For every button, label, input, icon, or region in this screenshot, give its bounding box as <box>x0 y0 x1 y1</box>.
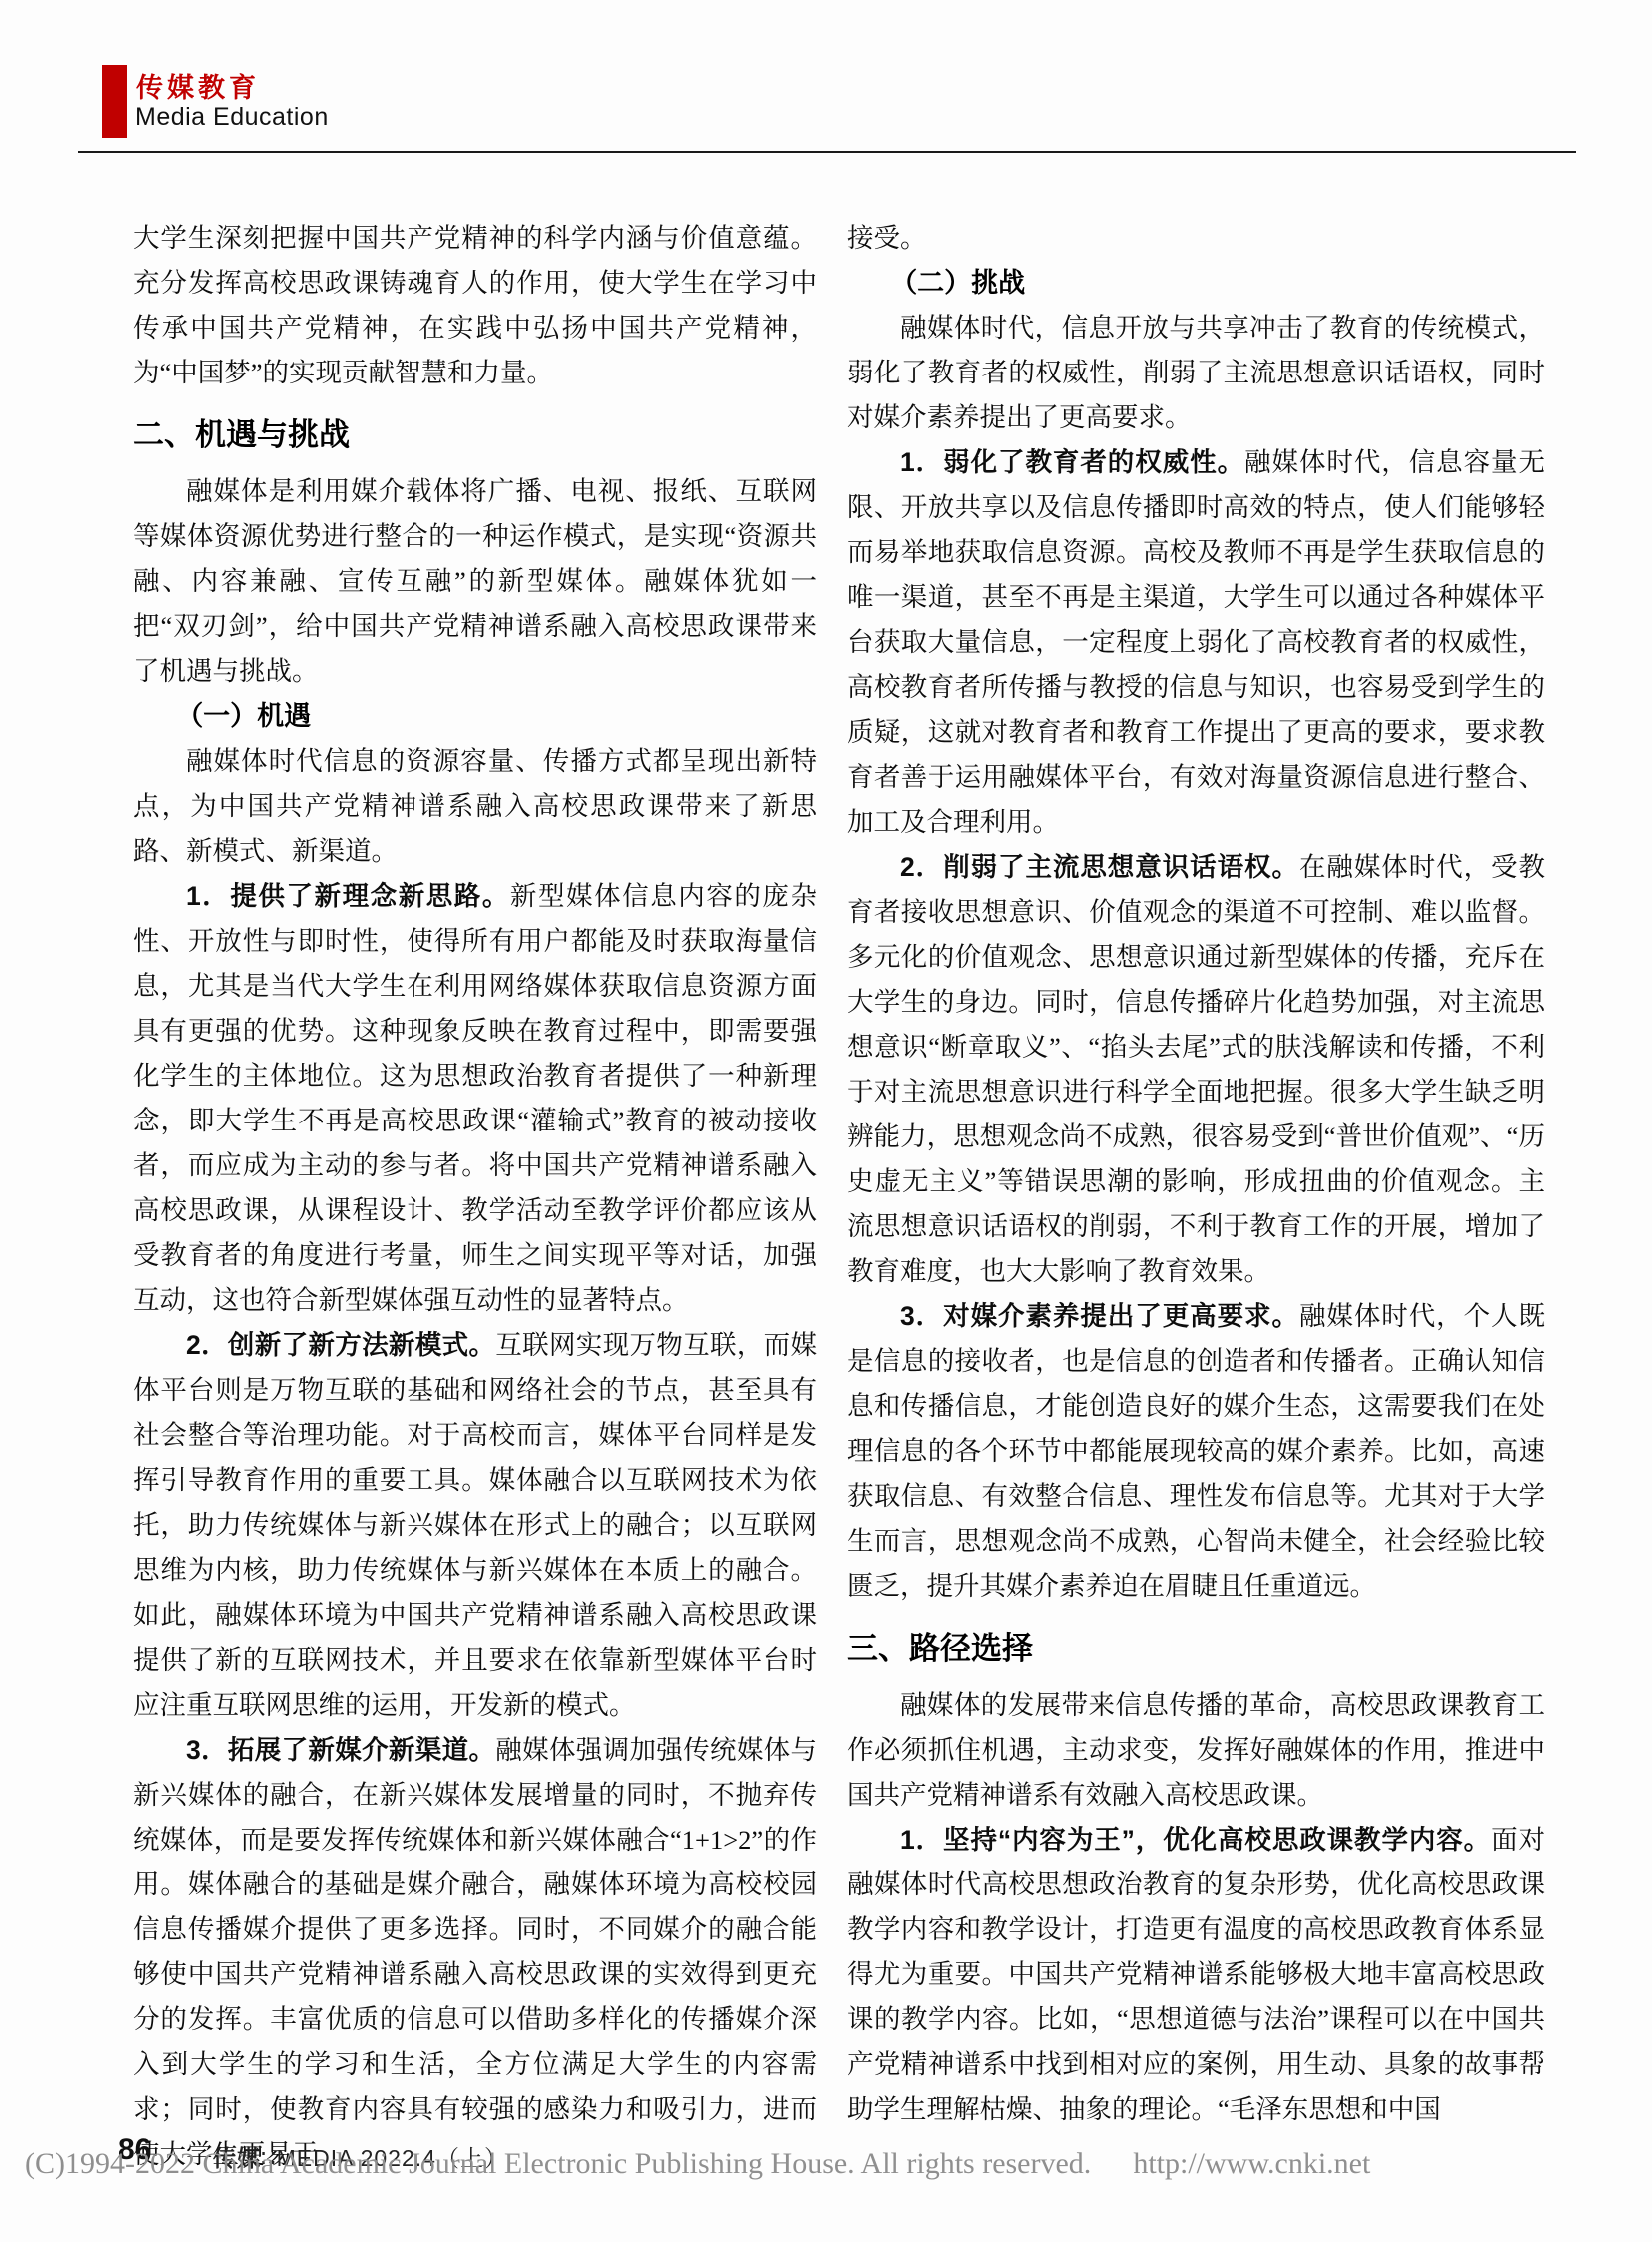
body-paragraph: 2．削弱了主流思想意识话语权。在融媒体时代，受教育者接收思想意识、价值观念的渠道… <box>847 845 1545 1294</box>
body-paragraph: 大学生深刻把握中国共产党精神的科学内涵与价值意蕴。充分发挥高校思政课铸魂育人的作… <box>133 216 817 395</box>
subsection-heading: （一）机遇 <box>133 694 817 739</box>
header-divider-rule <box>78 151 1576 153</box>
red-accent-block <box>102 65 127 138</box>
body-paragraph: 接受。 <box>847 216 1545 261</box>
cnki-url[interactable]: http://www.cnki.net <box>1133 2147 1370 2180</box>
paragraph-lead: 1．提供了新理念新思路。 <box>186 881 510 911</box>
body-paragraph: 1．弱化了教育者的权威性。融媒体时代，信息容量无限、开放共享以及信息传播即时高效… <box>847 440 1545 845</box>
paragraph-lead: 1．弱化了教育者的权威性。 <box>900 447 1244 477</box>
body-paragraph: 融媒体的发展带来信息传播的革命，高校思政课教育工作必须抓住机遇，主动求变，发挥好… <box>847 1683 1545 1818</box>
copyright-text: (C)1994-2022 China Academic Journal Elec… <box>25 2147 1091 2180</box>
body-paragraph: 1．提供了新理念新思路。新型媒体信息内容的庞杂性、开放性与即时性，使得所有用户都… <box>133 874 817 1323</box>
section-heading: 二、机遇与挑战 <box>133 415 817 455</box>
right-column: 接受。（二）挑战融媒体时代，信息开放与共享冲击了教育的传统模式，弱化了教育者的权… <box>847 216 1545 2177</box>
subsection-heading: （二）挑战 <box>847 261 1545 306</box>
section-heading: 三、路径选择 <box>847 1629 1545 1669</box>
left-column: 大学生深刻把握中国共产党精神的科学内涵与价值意蕴。充分发挥高校思政课铸魂育人的作… <box>133 216 817 2177</box>
body-paragraph: 融媒体时代，信息开放与共享冲击了教育的传统模式，弱化了教育者的权威性，削弱了主流… <box>847 306 1545 440</box>
body-paragraph: 1．坚持“内容为王”，优化高校思政课教学内容。面对融媒体时代高校思想政治教育的复… <box>847 1818 1545 2132</box>
body-paragraph: 3．对媒介素养提出了更高要求。融媒体时代，个人既是信息的接收者，也是信息的创造者… <box>847 1294 1545 1609</box>
section-kicker-chinese: 传媒教育 <box>136 66 260 105</box>
copyright-line: (C)1994-2022 China Academic Journal Elec… <box>25 2147 1370 2181</box>
paragraph-lead: 3．对媒介素养提出了更高要求。 <box>900 1301 1299 1331</box>
body-paragraph: 3．拓展了新媒介新渠道。融媒体强调加强传统媒体与新兴媒体的融合，在新兴媒体发展增… <box>133 1728 817 2177</box>
body-paragraph: 融媒体是利用媒介载体将广播、电视、报纸、互联网等媒体资源优势进行整合的一种运作模… <box>133 469 817 694</box>
paragraph-lead: 2．创新了新方法新模式。 <box>186 1330 495 1360</box>
paragraph-lead: 1．坚持“内容为王”，优化高校思政课教学内容。 <box>900 1825 1491 1855</box>
journal-page: 传媒教育 Media Education 大学生深刻把握中国共产党精神的科学内涵… <box>0 0 1652 2242</box>
paragraph-lead: 2．削弱了主流思想意识话语权。 <box>900 852 1299 882</box>
body-paragraph: 融媒体时代信息的资源容量、传播方式都呈现出新特点，为中国共产党精神谱系融入高校思… <box>133 739 817 874</box>
section-kicker-english: Media Education <box>135 103 329 132</box>
body-paragraph: 2．创新了新方法新模式。互联网实现万物互联，而媒体平台则是万物互联的基础和网络社… <box>133 1323 817 1728</box>
article-body: 大学生深刻把握中国共产党精神的科学内涵与价值意蕴。充分发挥高校思政课铸魂育人的作… <box>133 216 1545 2177</box>
paragraph-lead: 3．拓展了新媒介新渠道。 <box>186 1735 495 1765</box>
